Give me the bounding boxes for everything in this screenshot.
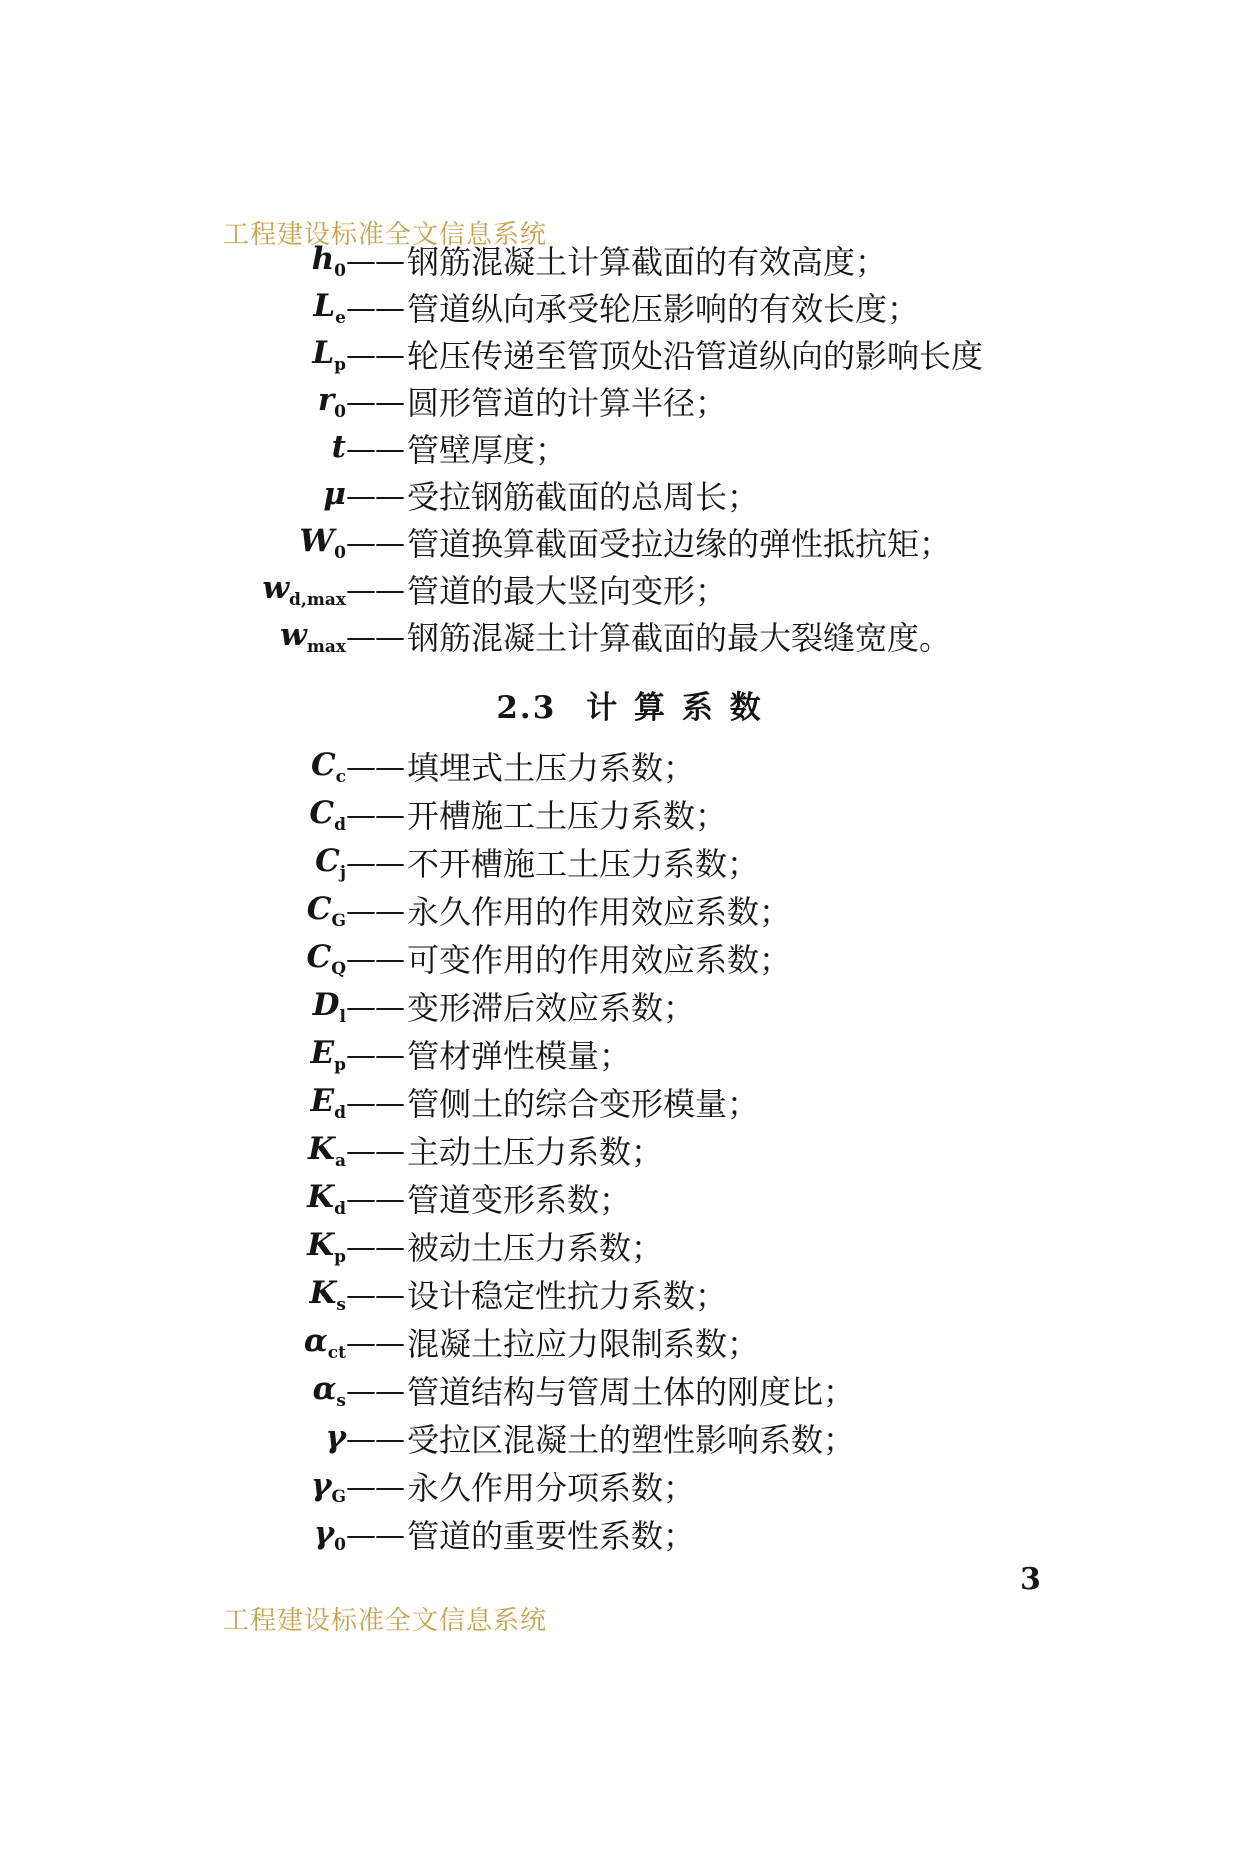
symbol-description: 管壁厚度； (407, 434, 567, 466)
symbol-subscript: Q (331, 959, 346, 979)
symbol-definition-row: Kd —— 管道变形系数； (0, 1176, 1260, 1224)
symbol-description: 填埋式土压力系数； (407, 752, 695, 784)
dash-separator: —— (346, 753, 407, 783)
symbol-definition-row: Kp —— 被动土压力系数； (0, 1224, 1260, 1272)
symbol-main: W (299, 523, 334, 559)
symbol-description: 钢筋混凝土计算截面的有效高度； (407, 246, 887, 278)
symbol-main: C (307, 891, 332, 927)
symbol-description: 管道的最大竖向变形； (407, 575, 727, 607)
symbol-subscript: 0 (334, 402, 346, 422)
dash-separator: —— (346, 1377, 407, 1407)
symbol-definition-row: Ep —— 管材弹性模量； (0, 1032, 1260, 1080)
symbol: t (0, 432, 346, 468)
symbol-main: α (304, 1323, 328, 1359)
symbol: Ks (0, 1278, 346, 1314)
symbol: Cj (0, 846, 346, 882)
symbol-description: 圆形管道的计算半径； (407, 387, 727, 419)
symbol-definition-row: Le —— 管道纵向承受轮压影响的有效长度； (0, 285, 1260, 332)
dash-separator: —— (346, 247, 407, 277)
symbol-description: 永久作用的作用效应系数； (407, 896, 791, 928)
symbol-main: α (313, 1371, 337, 1407)
symbol-definition-row: CG —— 永久作用的作用效应系数； (0, 888, 1260, 936)
symbol-subscript: max (307, 637, 346, 657)
symbol: αct (0, 1326, 346, 1362)
symbol-subscript: 0 (334, 1535, 346, 1555)
symbol-subscript: G (331, 1487, 346, 1507)
symbol: Le (0, 291, 346, 327)
symbol-main: γ (311, 1467, 331, 1503)
symbol-description: 轮压传递至管顶处沿管道纵向的影响长度 (407, 340, 983, 372)
symbol-description: 管道换算截面受拉边缘的弹性抵抗矩； (407, 528, 951, 560)
symbol-subscript: c (336, 767, 346, 787)
dash-separator: —— (346, 482, 407, 512)
dash-separator: —— (346, 1425, 407, 1455)
watermark-footer: 工程建设标准全文信息系统 (223, 1600, 547, 1637)
symbol: Ed (0, 1086, 346, 1122)
symbol-main: K (307, 1227, 334, 1263)
symbol-description: 设计稳定性抗力系数； (407, 1280, 727, 1312)
symbol-main: t (332, 429, 346, 465)
dash-separator: —— (346, 1041, 407, 1071)
symbol-description: 主动土压力系数； (407, 1136, 663, 1168)
symbol-description: 管材弹性模量； (407, 1040, 631, 1072)
symbol: γ0 (0, 1518, 346, 1554)
symbol-subscript: ct (328, 1343, 346, 1363)
dash-separator: —— (346, 945, 407, 975)
dash-separator: —— (346, 1089, 407, 1119)
symbol-subscript: 0 (334, 261, 346, 281)
symbol: h0 (0, 244, 346, 280)
dash-separator: —— (346, 294, 407, 324)
symbol-definition-row: t —— 管壁厚度； (0, 426, 1260, 473)
symbol-main: E (310, 1083, 334, 1119)
symbol-definition-row: αct —— 混凝土拉应力限制系数； (0, 1320, 1260, 1368)
symbol-main: K (308, 1131, 335, 1167)
symbol-main: γ (314, 1515, 334, 1551)
symbol-main: D (313, 987, 340, 1023)
dash-separator: —— (346, 1185, 407, 1215)
dash-separator: —— (346, 849, 407, 879)
symbol-main: w (280, 617, 307, 653)
symbol-subscript: p (334, 1055, 346, 1075)
section-title: 计 算 系 数 (586, 690, 763, 726)
symbol-definition-row: γ0 —— 管道的重要性系数； (0, 1512, 1260, 1560)
symbol-definition-row: h0 —— 钢筋混凝土计算截面的有效高度； (0, 238, 1260, 285)
symbol-subscript: d (334, 1103, 346, 1123)
dash-separator: —— (346, 435, 407, 465)
symbol-main: γ (326, 1419, 346, 1455)
dash-separator: —— (346, 623, 407, 653)
symbol: Kp (0, 1230, 346, 1266)
dash-separator: —— (346, 1233, 407, 1263)
symbol-description: 开槽施工土压力系数； (407, 800, 727, 832)
symbol-main: w (262, 570, 289, 606)
symbol: Ep (0, 1038, 346, 1074)
dash-separator: —— (346, 341, 407, 371)
symbol-definition-row: Dl —— 变形滞后效应系数； (0, 984, 1260, 1032)
dash-separator: —— (346, 529, 407, 559)
symbol-definition-row: Ka —— 主动土压力系数； (0, 1128, 1260, 1176)
page-number: 3 (1020, 1562, 1041, 1597)
symbol-main: L (313, 288, 335, 324)
symbol: μ (0, 479, 346, 515)
symbol: Cc (0, 750, 346, 786)
dash-separator: —— (346, 1137, 407, 1167)
symbol: CG (0, 894, 346, 930)
symbol-description: 永久作用分项系数； (407, 1472, 695, 1504)
symbol: Kd (0, 1182, 346, 1218)
symbol-definition-row: CQ —— 可变作用的作用效应系数； (0, 936, 1260, 984)
dash-separator: —— (346, 388, 407, 418)
symbol-definition-row: W0 —— 管道换算截面受拉边缘的弹性抵抗矩； (0, 520, 1260, 567)
symbol-description: 管道的重要性系数； (407, 1520, 695, 1552)
symbol-description: 管道结构与管周土体的刚度比； (407, 1376, 855, 1408)
symbol-subscript: p (334, 355, 346, 375)
symbol-main: K (309, 1275, 336, 1311)
symbol-definition-row: wd,max —— 管道的最大竖向变形； (0, 567, 1260, 614)
symbol: Ka (0, 1134, 346, 1170)
symbol-definition-row: r0 —— 圆形管道的计算半径； (0, 379, 1260, 426)
document-page: 工程建设标准全文信息系统 h0 —— 钢筋混凝土计算截面的有效高度； Le ——… (0, 0, 1260, 1867)
symbol-description: 变形滞后效应系数； (407, 992, 695, 1024)
symbol-main: C (307, 939, 332, 975)
symbol-definition-row: μ —— 受拉钢筋截面的总周长； (0, 473, 1260, 520)
symbol: γ (0, 1422, 346, 1458)
symbol-description: 管道变形系数； (407, 1184, 631, 1216)
symbol-definition-row: Cd —— 开槽施工土压力系数； (0, 792, 1260, 840)
symbol-subscript: p (334, 1247, 346, 1267)
symbol-subscript: s (336, 1295, 346, 1315)
symbol: W0 (0, 526, 346, 562)
symbol-main: h (312, 241, 335, 277)
symbol-description: 管侧土的综合变形模量； (407, 1088, 759, 1120)
symbol: Lp (0, 338, 346, 374)
symbol: wd,max (0, 573, 346, 609)
dash-separator: —— (346, 801, 407, 831)
symbol-definition-row: Ks —— 设计稳定性抗力系数； (0, 1272, 1260, 1320)
symbol-subscript: s (336, 1391, 346, 1411)
symbol-description: 管道纵向承受轮压影响的有效长度； (407, 293, 919, 325)
symbol-definition-row: αs —— 管道结构与管周土体的刚度比； (0, 1368, 1260, 1416)
symbol-description: 受拉钢筋截面的总周长； (407, 481, 759, 513)
section-number: 2.3 (496, 690, 556, 726)
symbol-main: C (315, 843, 340, 879)
symbol-main: K (307, 1179, 334, 1215)
symbol-main: E (310, 1035, 334, 1071)
symbol-definition-row: wmax —— 钢筋混凝土计算截面的最大裂缝宽度。 (0, 614, 1260, 661)
symbol: αs (0, 1374, 346, 1410)
symbol-description: 受拉区混凝土的塑性影响系数； (407, 1424, 855, 1456)
dash-separator: —— (346, 576, 407, 606)
symbol-definition-row: Lp —— 轮压传递至管顶处沿管道纵向的影响长度 (0, 332, 1260, 379)
symbol-description: 被动土压力系数； (407, 1232, 663, 1264)
symbol-definition-row: Cj —— 不开槽施工土压力系数； (0, 840, 1260, 888)
symbol: wmax (0, 620, 346, 656)
coefficient-definition-list: Cc —— 填埋式土压力系数； Cd —— 开槽施工土压力系数； Cj —— 不… (0, 744, 1260, 1560)
symbol-main: L (312, 335, 334, 371)
section-heading: 2.3计 算 系 数 (0, 691, 1260, 725)
symbol-subscript: d (334, 815, 346, 835)
symbol: γG (0, 1470, 346, 1506)
symbol-main: C (311, 747, 336, 783)
symbol-description: 不开槽施工土压力系数； (407, 848, 759, 880)
symbol-subscript: e (335, 308, 346, 328)
dash-separator: —— (346, 1521, 407, 1551)
symbol-subscript: G (331, 911, 346, 931)
symbol-definition-row: γ —— 受拉区混凝土的塑性影响系数； (0, 1416, 1260, 1464)
symbol-main: C (309, 795, 334, 831)
symbol-subscript: a (335, 1151, 346, 1171)
symbol-definition-row: γG —— 永久作用分项系数； (0, 1464, 1260, 1512)
dash-separator: —— (346, 1473, 407, 1503)
dash-separator: —— (346, 897, 407, 927)
symbol-main: μ (323, 476, 346, 512)
symbol: Cd (0, 798, 346, 834)
symbol-definition-row: Cc —— 填埋式土压力系数； (0, 744, 1260, 792)
symbol-definition-list: h0 —— 钢筋混凝土计算截面的有效高度； Le —— 管道纵向承受轮压影响的有… (0, 238, 1260, 661)
symbol-main: r (318, 382, 334, 418)
symbol: CQ (0, 942, 346, 978)
dash-separator: —— (346, 1329, 407, 1359)
symbol-subscript: d (334, 1199, 346, 1219)
symbol: Dl (0, 990, 346, 1026)
symbol-description: 混凝土拉应力限制系数； (407, 1328, 759, 1360)
symbol-subscript: d,max (289, 590, 346, 610)
symbol-description: 可变作用的作用效应系数； (407, 944, 791, 976)
symbol-description: 钢筋混凝土计算截面的最大裂缝宽度。 (407, 622, 951, 654)
symbol-subscript: 0 (334, 543, 346, 563)
dash-separator: —— (346, 993, 407, 1023)
symbol-definition-row: Ed —— 管侧土的综合变形模量； (0, 1080, 1260, 1128)
dash-separator: —— (346, 1281, 407, 1311)
symbol: r0 (0, 385, 346, 421)
